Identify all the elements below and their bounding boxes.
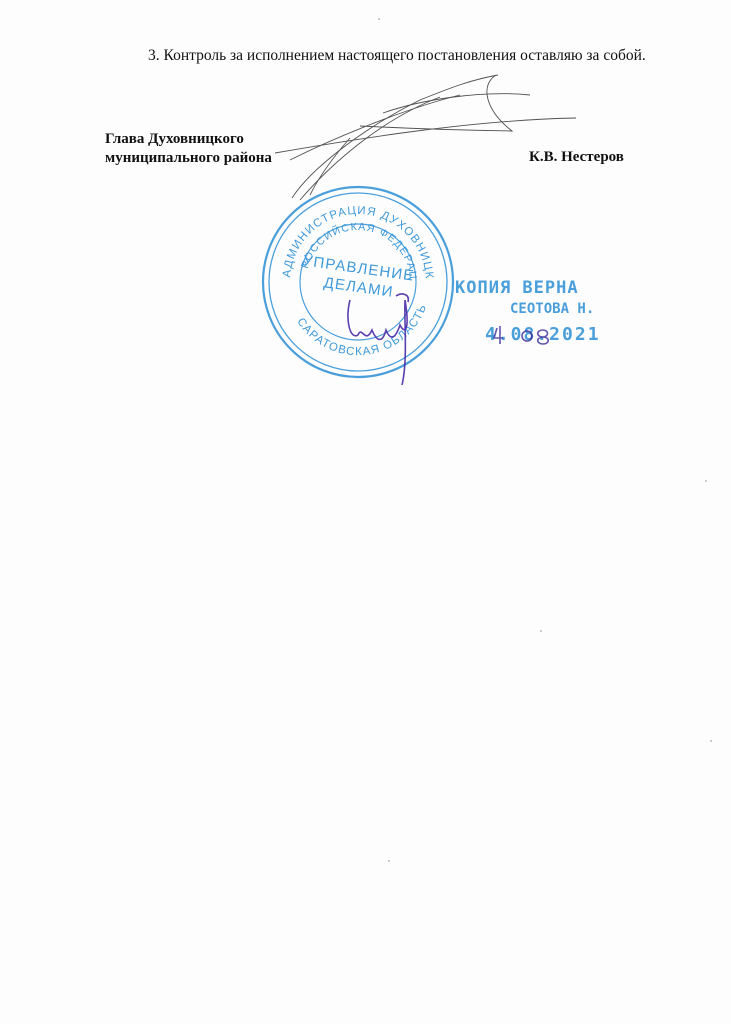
handwritten-signature — [275, 75, 576, 200]
scan-speck — [705, 480, 707, 482]
certification-stamp: КОПИЯ ВЕРНА СЕОТОВА Н. 4.08.2021 — [455, 278, 601, 345]
stamp-top-text: РОССИЙСКАЯ ФЕДЕРАЦИЯ — [0, 0, 419, 281]
scan-speck — [388, 860, 390, 862]
scan-speck — [710, 740, 712, 742]
scan-speck — [540, 630, 542, 632]
scan-speck — [378, 18, 380, 20]
certification-date: 4.08.2021 — [485, 324, 601, 345]
stamp-and-signature-layer: АДМИНИСТРАЦИЯ ДУХОВНИЦКОГО МУНИЦИПАЛЬНОГ… — [0, 0, 731, 1024]
svg-text:РОССИЙСКАЯ ФЕДЕРАЦИЯ: РОССИЙСКАЯ ФЕДЕРАЦИЯ — [0, 0, 419, 281]
certification-line2: СЕОТОВА Н. — [510, 301, 594, 317]
stamp-text: АДМИНИСТРАЦИЯ ДУХОВНИЦКОГО МУНИЦИПАЛЬНОГ… — [0, 0, 435, 358]
certification-line1: КОПИЯ ВЕРНА — [455, 278, 579, 298]
stamp-outer-text: АДМИНИСТРАЦИЯ ДУХОВНИЦКОГО МУНИЦИПАЛЬНОГ… — [0, 0, 435, 280]
document-page: 3. Контроль за исполнением настоящего по… — [0, 0, 731, 1024]
svg-text:АДМИНИСТРАЦИЯ ДУХОВНИЦКОГО МУН: АДМИНИСТРАЦИЯ ДУХОВНИЦКОГО МУНИЦИПАЛЬНОГ… — [0, 0, 435, 280]
